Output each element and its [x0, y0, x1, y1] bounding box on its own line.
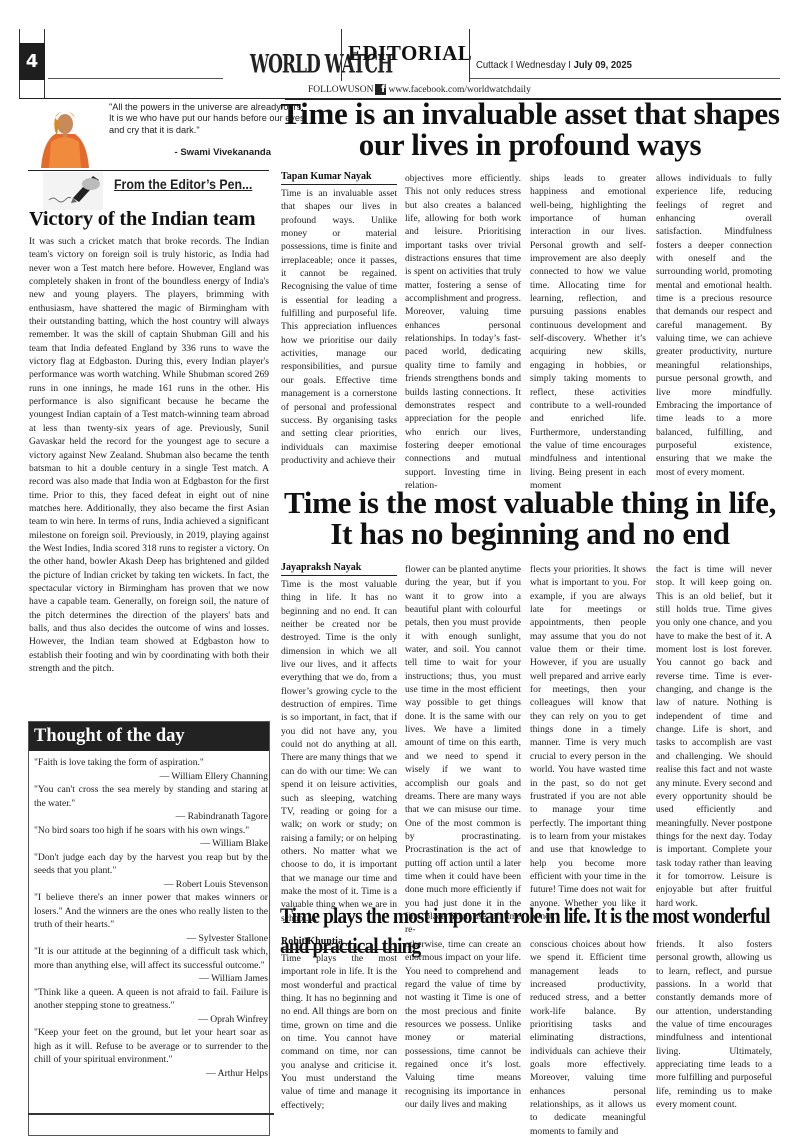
quote-text: "Don't judge each day by the harvest you… [34, 851, 268, 878]
top-quote-text: "All the powers in the universe are alre… [109, 102, 309, 136]
quote-text: "I believe there's an inner power that m… [34, 891, 268, 932]
article-2-headline: Time is the most valuable thing in life,… [280, 487, 780, 549]
article-1-headline: Time is an invaluable asset that shapes … [280, 98, 780, 160]
quote-text: "It is our attitude at the beginning of … [34, 945, 268, 972]
article-3-column-1: Time plays the most important role in li… [281, 952, 397, 1112]
quote-text: "You can't cross the sea merely by stand… [34, 783, 268, 810]
thought-of-the-day-box: Thought of the day "Faith is love taking… [28, 721, 270, 1136]
article-2-byline: Jayapraksh Nayak [281, 562, 397, 576]
dateline-date: July 09, 2025 [574, 59, 632, 71]
swami-vivekananda-portrait-icon [37, 102, 93, 168]
thought-box-bottom-rule [28, 1113, 274, 1115]
article-1-byline: Tapan Kumar Nayak [281, 171, 397, 185]
article-2-headline-line-1: Time is the most valuable thing in life, [284, 485, 776, 520]
separator: I [568, 59, 571, 71]
quote-list: "Faith is love taking the form of aspira… [29, 751, 268, 1080]
quote-author: — Robert Louis Stevenson [34, 878, 268, 892]
quote-author: — William Ellery Channing [34, 770, 268, 784]
masthead-rule [470, 78, 780, 79]
editorial-body: It was such a cricket match that broke r… [29, 235, 269, 675]
quote-author: — William Blake [34, 837, 268, 851]
editors-pen-heading: From the Editor’s Pen... [114, 176, 252, 192]
editorial-headline: Victory of the Indian team [29, 208, 255, 231]
article-3-column-4: friends. It also fosters personal growth… [656, 938, 772, 1111]
article-3-byline: Rohit Khuntia [281, 936, 397, 950]
quote-text: "No bird soars too high if he soars with… [34, 824, 268, 838]
article-1-column-3: ships leads to greater happiness and emo… [530, 172, 646, 492]
quote-author: — William James [34, 972, 268, 986]
article-3-column-2: otherwise, time can create an enormous i… [405, 938, 521, 1111]
section-title: EDITORIAL [348, 41, 472, 66]
quote-text: "Think like a queen. A queen is not afra… [34, 986, 268, 1013]
article-2-column-3: flects your priorities. It shows what is… [530, 563, 646, 923]
facebook-icon: f [375, 84, 386, 95]
article-1-column-4: allows individuals to fully experience l… [656, 172, 772, 479]
logo-divider [341, 29, 342, 81]
follow-label: FOLLOWUSON [308, 85, 373, 95]
quote-author: — Rabindranath Tagore [34, 810, 268, 824]
quote-author: — Sylvester Stallone [34, 932, 268, 946]
article-2-headline-line-2: It has no beginning and no end [330, 516, 729, 551]
dateline-location: Cuttack [476, 59, 508, 71]
quote-text: "Keep your feet on the ground, but let y… [34, 1026, 268, 1067]
follow-us-line: FOLLOWUSON f www.facebook.com/worldwatch… [308, 84, 531, 95]
article-1-column-1: Time is an invaluable asset that shapes … [281, 187, 397, 467]
article-1-column-2: objectives more efficiently. This not on… [405, 172, 521, 492]
masthead-rule [48, 78, 223, 79]
article-2-column-2: flower can be planted anytime during the… [405, 563, 521, 937]
dateline-day: Wednesday [516, 59, 566, 71]
top-quote-box: "All the powers in the universe are alre… [37, 100, 271, 170]
section-divider [28, 170, 269, 171]
dateline-divider [469, 29, 470, 82]
dateline: Cuttack I Wednesday I July 09, 2025 [476, 59, 632, 71]
quote-text: "Faith is love taking the form of aspira… [34, 756, 268, 770]
quote-author: — Oprah Winfrey [34, 1013, 268, 1027]
quote-author: — Arthur Helps [34, 1067, 268, 1081]
thought-of-the-day-title: Thought of the day [29, 722, 269, 751]
article-2-column-4: the fact is time will never stop. It wil… [656, 563, 772, 910]
top-quote-author: - Swami Vivekananda [175, 147, 271, 158]
separator: I [511, 59, 514, 71]
page-number: 4 [19, 43, 45, 80]
article-3-column-3: conscious choices about how we spend it.… [530, 938, 646, 1138]
facebook-link[interactable]: www.facebook.com/worldwatchdaily [388, 85, 530, 95]
article-2-column-1: Time is the most valuable thing in life.… [281, 578, 397, 925]
pen-writing-icon [43, 172, 103, 210]
